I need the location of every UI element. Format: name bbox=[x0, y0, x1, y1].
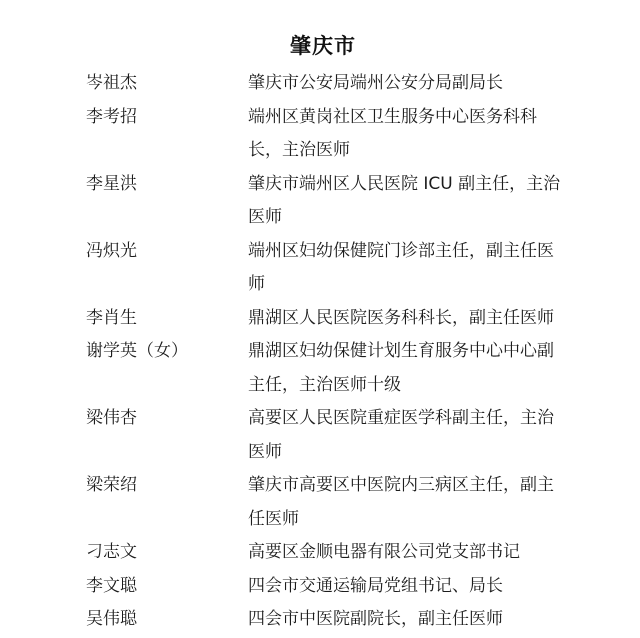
honoree-list: 岑祖杰 肇庆市公安局端州公安分局副局长 李考招 端州区黄岗社区卫生服务中心医务科… bbox=[0, 67, 640, 637]
position-line: 四会市交通运输局党组书记、局长 bbox=[248, 570, 564, 604]
person-position: 肇庆市端州区人民医院 ICU 副主任，主治 医师 bbox=[248, 168, 564, 235]
position-line: 鼎湖区妇幼保健计划生育服务中心中心副 bbox=[248, 335, 564, 369]
person-position: 肇庆市高要区中医院内三病区主任，副主 任医师 bbox=[248, 469, 564, 536]
list-row: 刁志文 高要区金顺电器有限公司党支部书记 bbox=[0, 536, 640, 570]
position-line: 高要区人民医院重症医学科副主任，主治 bbox=[248, 402, 564, 436]
position-line: 鼎湖区人民医院医务科科长，副主任医师 bbox=[248, 302, 564, 336]
position-line: 肇庆市公安局端州公安分局副局长 bbox=[248, 67, 564, 101]
list-row: 岑祖杰 肇庆市公安局端州公安分局副局长 bbox=[0, 67, 640, 101]
position-line: 端州区妇幼保健院门诊部主任，副主任医 bbox=[248, 235, 564, 269]
person-position: 肇庆市公安局端州公安分局副局长 bbox=[248, 67, 564, 101]
list-row: 李肖生 鼎湖区人民医院医务科科长，副主任医师 bbox=[0, 302, 640, 336]
person-name: 岑祖杰 bbox=[0, 67, 248, 101]
position-line: 端州区黄岗社区卫生服务中心医务科科 bbox=[248, 101, 564, 135]
person-position: 端州区黄岗社区卫生服务中心医务科科 长，主治医师 bbox=[248, 101, 564, 168]
person-position: 四会市交通运输局党组书记、局长 bbox=[248, 570, 564, 604]
position-line: 肇庆市端州区人民医院 ICU 副主任，主治 bbox=[248, 168, 564, 202]
position-line: 医师 bbox=[248, 436, 564, 470]
list-row: 冯炽光 端州区妇幼保健院门诊部主任，副主任医 师 bbox=[0, 235, 640, 302]
position-line: 医师 bbox=[248, 201, 564, 235]
position-line: 师 bbox=[248, 268, 564, 302]
person-position: 高要区人民医院重症医学科副主任，主治 医师 bbox=[248, 402, 564, 469]
position-line: 主任，主治医师十级 bbox=[248, 369, 564, 403]
list-row: 谢学英（女） 鼎湖区妇幼保健计划生育服务中心中心副 主任，主治医师十级 bbox=[0, 335, 640, 402]
position-line: 长，主治医师 bbox=[248, 134, 564, 168]
person-position: 端州区妇幼保健院门诊部主任，副主任医 师 bbox=[248, 235, 564, 302]
section-heading: 肇庆市 bbox=[0, 30, 640, 60]
list-row: 李星洪 肇庆市端州区人民医院 ICU 副主任，主治 医师 bbox=[0, 168, 640, 235]
person-position: 鼎湖区人民医院医务科科长，副主任医师 bbox=[248, 302, 564, 336]
position-line: 高要区金顺电器有限公司党支部书记 bbox=[248, 536, 564, 570]
position-line: 四会市中医院副院长，副主任医师 bbox=[248, 603, 564, 637]
person-position: 鼎湖区妇幼保健计划生育服务中心中心副 主任，主治医师十级 bbox=[248, 335, 564, 402]
person-name: 冯炽光 bbox=[0, 235, 248, 269]
list-row: 吴伟聪 四会市中医院副院长，副主任医师 bbox=[0, 603, 640, 637]
person-name: 李文聪 bbox=[0, 570, 248, 604]
person-name: 梁伟杏 bbox=[0, 402, 248, 436]
person-name: 梁荣绍 bbox=[0, 469, 248, 503]
list-row: 李考招 端州区黄岗社区卫生服务中心医务科科 长，主治医师 bbox=[0, 101, 640, 168]
position-line: 任医师 bbox=[248, 503, 564, 537]
person-position: 高要区金顺电器有限公司党支部书记 bbox=[248, 536, 564, 570]
list-row: 梁伟杏 高要区人民医院重症医学科副主任，主治 医师 bbox=[0, 402, 640, 469]
person-name: 刁志文 bbox=[0, 536, 248, 570]
person-name: 李考招 bbox=[0, 101, 248, 135]
person-name: 谢学英（女） bbox=[0, 335, 248, 369]
list-row: 李文聪 四会市交通运输局党组书记、局长 bbox=[0, 570, 640, 604]
person-name: 吴伟聪 bbox=[0, 603, 248, 637]
person-name: 李肖生 bbox=[0, 302, 248, 336]
person-name: 李星洪 bbox=[0, 168, 248, 202]
list-row: 梁荣绍 肇庆市高要区中医院内三病区主任，副主 任医师 bbox=[0, 469, 640, 536]
person-position: 四会市中医院副院长，副主任医师 bbox=[248, 603, 564, 637]
position-line: 肇庆市高要区中医院内三病区主任，副主 bbox=[248, 469, 564, 503]
